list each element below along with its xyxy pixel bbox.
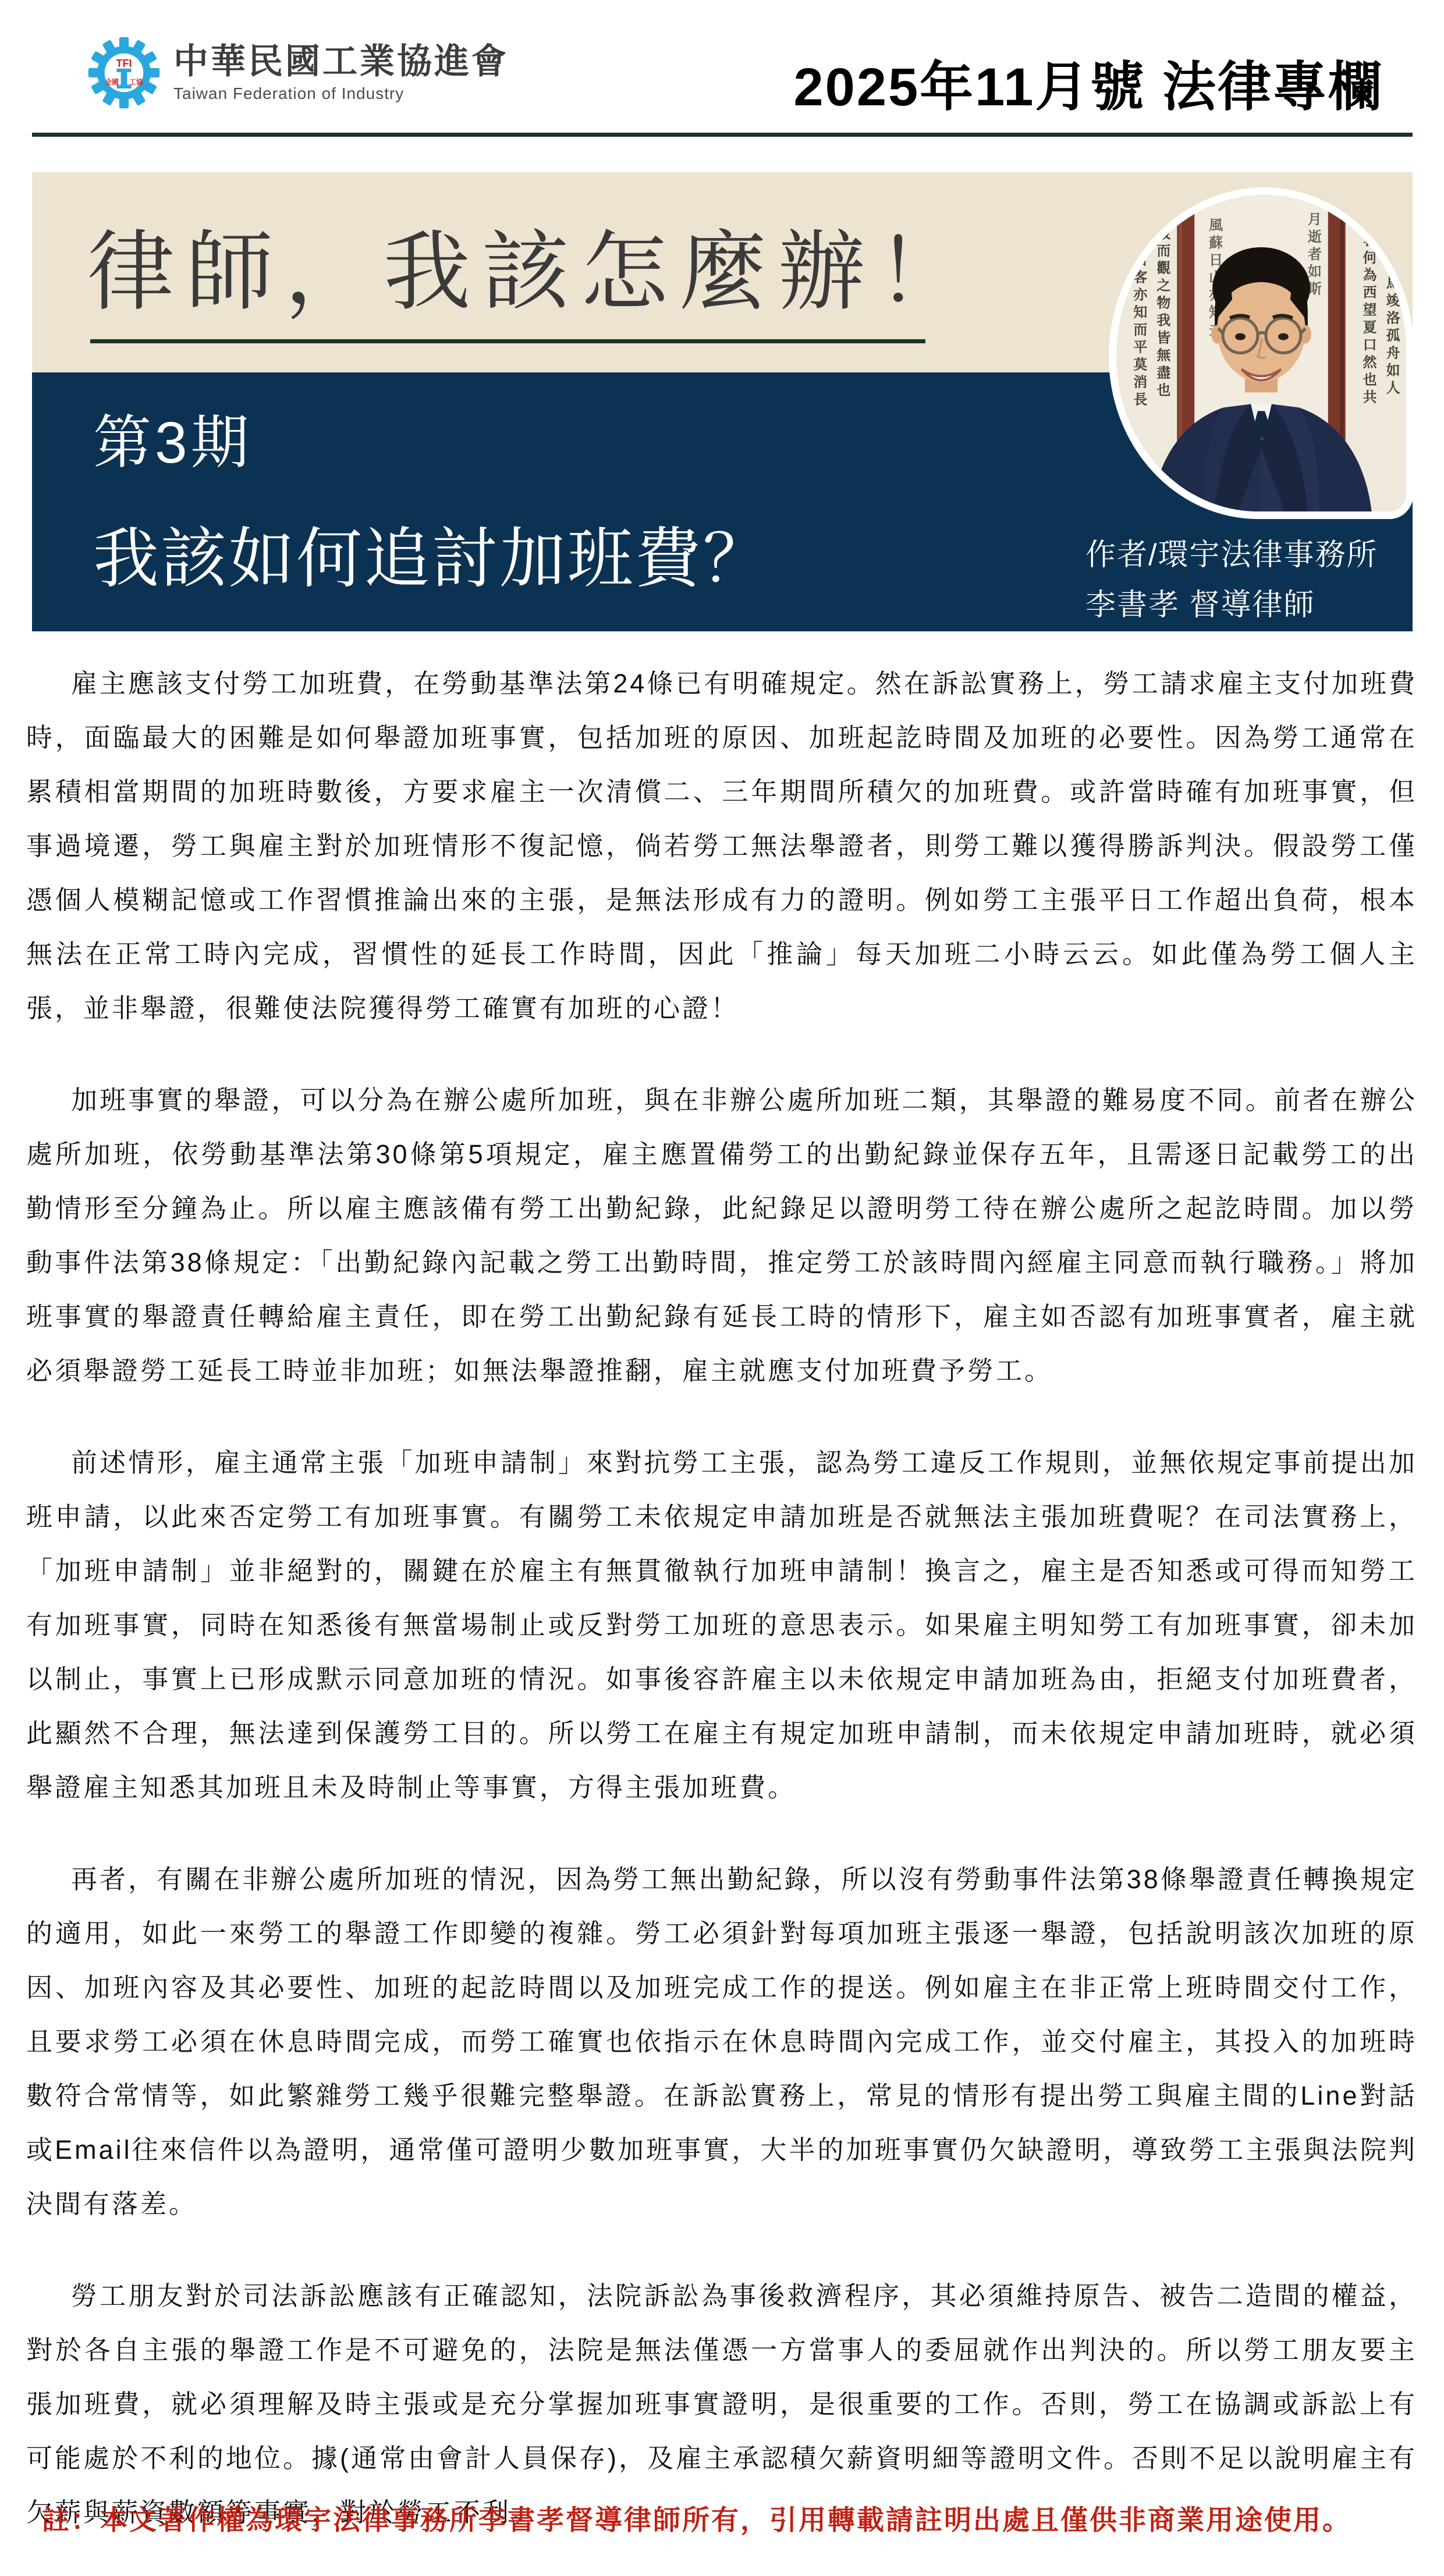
banner: 律師，我該怎麼辦！ 第3期 我該如何追討加班費？ 作者/環宇法律事務所 李書孝 …: [32, 172, 1413, 631]
episode-number: 第3期: [93, 396, 253, 479]
episode-title: 我該如何追討加班費？: [93, 506, 771, 601]
copyright-note: 註：本文著作權為環宇法律事務所李書孝督導律師所有，引用轉載請註明出處且僅供非商業…: [42, 2499, 1404, 2538]
author-caption: 作者/環宇法律事務所 李書孝 督導律師: [1085, 531, 1400, 631]
header-divider: [32, 133, 1413, 137]
article-paragraph: 加班事實的舉證，可以分為在辦公處所加班，與在非辦公處所加班二類，其舉證的難易度不…: [26, 1073, 1417, 1398]
logo-badge-left-label: 全國: [105, 78, 119, 86]
portrait-illustration: 風蘇子曰客亦知而平莫消長 水破而觀之物我皆無盡也 法問客何為西望夏口然也共 和之…: [1116, 195, 1406, 511]
logo-badge-top-label: TFI: [116, 58, 132, 69]
newsletter-page: TFI 全國 工協 中華民國工業協進會 Taiwan Federation of…: [0, 0, 1444, 2576]
article-body: 雇主應該支付勞工加班費，在勞動基準法第24條已有明確規定。然在訴訟實務上，勞工請…: [26, 656, 1417, 2539]
banner-main-title: 律師，我該怎麼辦！: [87, 201, 975, 327]
org-name-en: Taiwan Federation of Industry: [173, 84, 509, 103]
banner-underline: [90, 339, 925, 343]
issue-title: 2025年11月號 法律專欄: [794, 44, 1383, 121]
author-photo: 風蘇子曰客亦知而平莫消長 水破而觀之物我皆無盡也 法問客何為西望夏口然也共 和之…: [1109, 187, 1414, 519]
org-names: 中華民國工業協進會 Taiwan Federation of Industry: [173, 42, 509, 103]
author-name: 李書孝 督導律師: [1085, 581, 1400, 631]
tfi-gear-logo-icon: TFI 全國 工協: [87, 36, 161, 109]
author-affiliation: 作者/環宇法律事務所: [1085, 531, 1400, 581]
logo-badge-right-label: 工協: [129, 78, 143, 86]
org-name-zh: 中華民國工業協進會: [173, 42, 509, 81]
article-paragraph: 再者，有關在非辦公處所加班的情況，因為勞工無出勤紀錄，所以沒有勞動事件法第38條…: [26, 1852, 1417, 2231]
article-paragraph: 雇主應該支付勞工加班費，在勞動基準法第24條已有明確規定。然在訴訟實務上，勞工請…: [26, 656, 1417, 1035]
article-paragraph: 前述情形，雇主通常主張「加班申請制」來對抗勞工主張，認為勞工違反工作規則，並無依…: [26, 1436, 1417, 1814]
svg-text:水破而觀之物我皆無盡也: 水破而觀之物我皆無盡也: [1156, 208, 1171, 398]
org-logo: TFI 全國 工協 中華民國工業協進會 Taiwan Federation of…: [87, 36, 509, 109]
